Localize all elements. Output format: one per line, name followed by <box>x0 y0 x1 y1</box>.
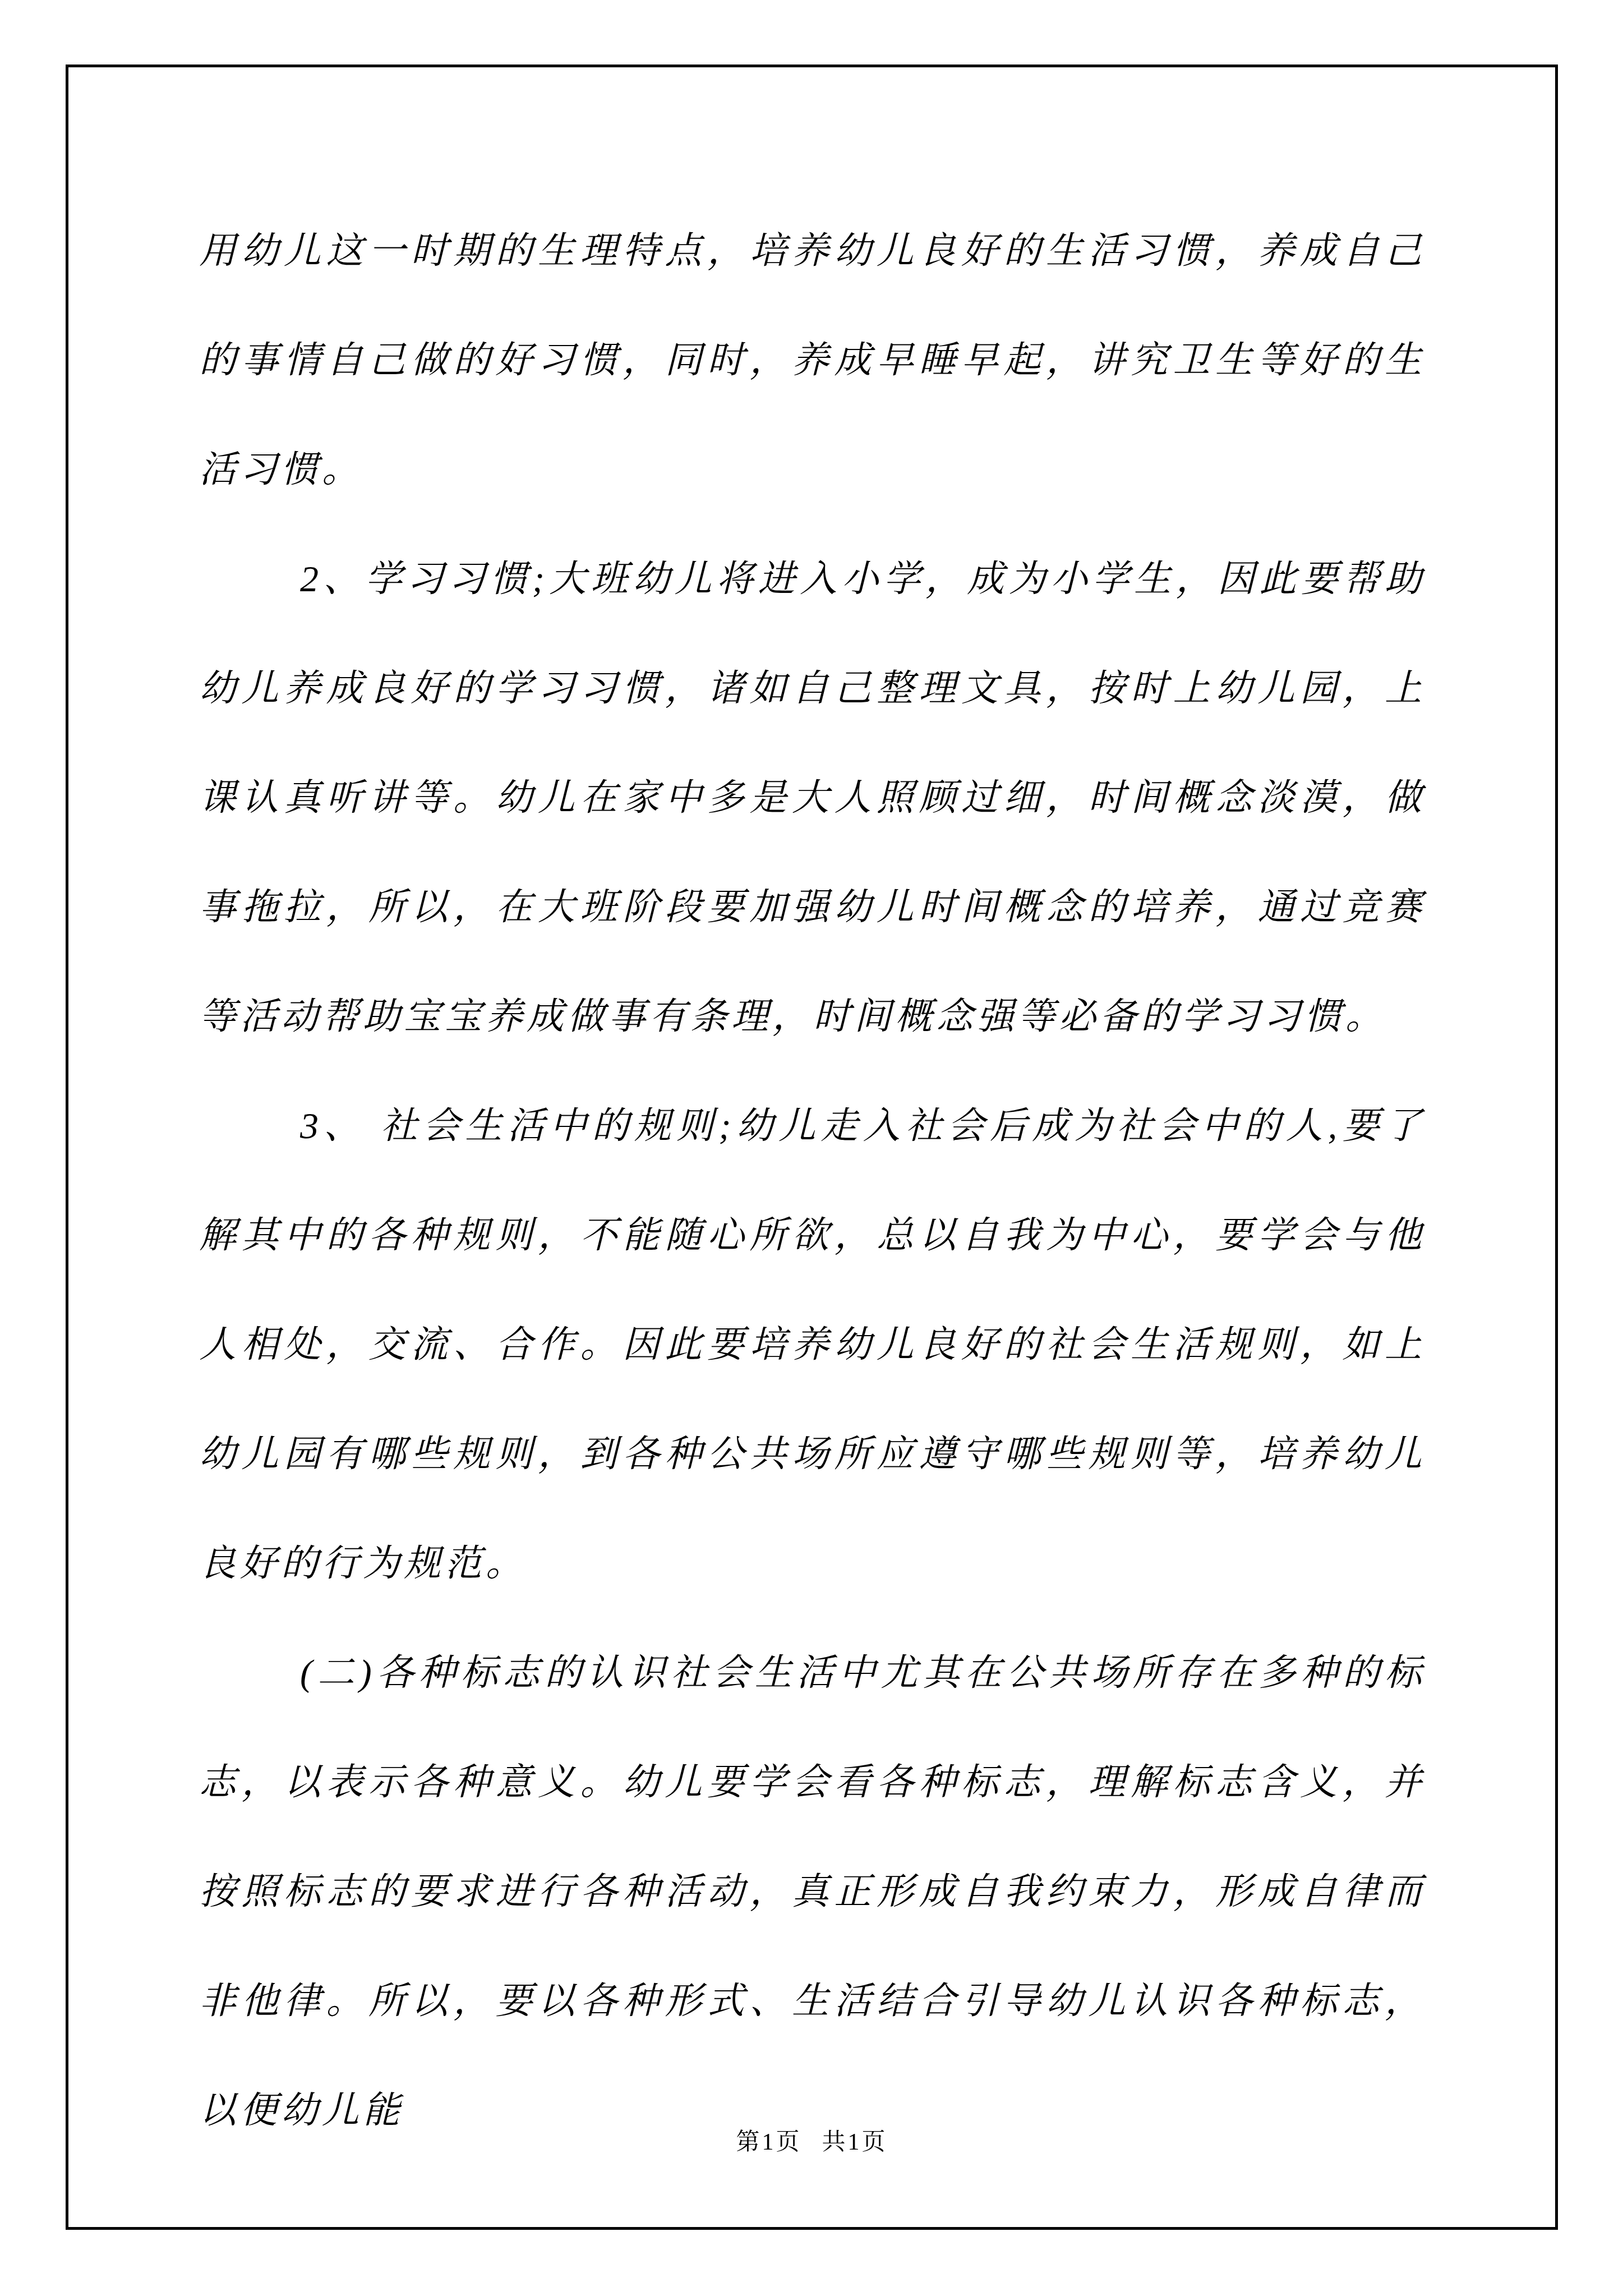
document-body: 用幼儿这一时期的生理特点，培养幼儿良好的生活习惯，养成自己的事情自己做的好习惯，… <box>199 196 1426 2165</box>
footer-current-page: 第1页 <box>736 2129 801 2155</box>
body-paragraph: 2、学习习惯;大班幼儿将进入小学，成为小学生，因此要帮助幼儿养成良好的学习习惯，… <box>199 524 1426 1071</box>
body-paragraph: 用幼儿这一时期的生理特点，培养幼儿良好的生活习惯，养成自己的事情自己做的好习惯，… <box>199 196 1426 524</box>
body-paragraph: (二)各种标志的认识社会生活中尤其在公共场所存在多种的标志，以表示各种意义。幼儿… <box>199 1618 1426 2165</box>
page-border: 用幼儿这一时期的生理特点，培养幼儿良好的生活习惯，养成自己的事情自己做的好习惯，… <box>66 65 1558 2230</box>
footer-total-pages: 共1页 <box>822 2129 888 2155</box>
body-paragraph: 3、 社会生活中的规则;幼儿走入社会后成为社会中的人,要了解其中的各种规则，不能… <box>199 1071 1426 1618</box>
page-footer: 第1页共1页 <box>68 2123 1555 2157</box>
